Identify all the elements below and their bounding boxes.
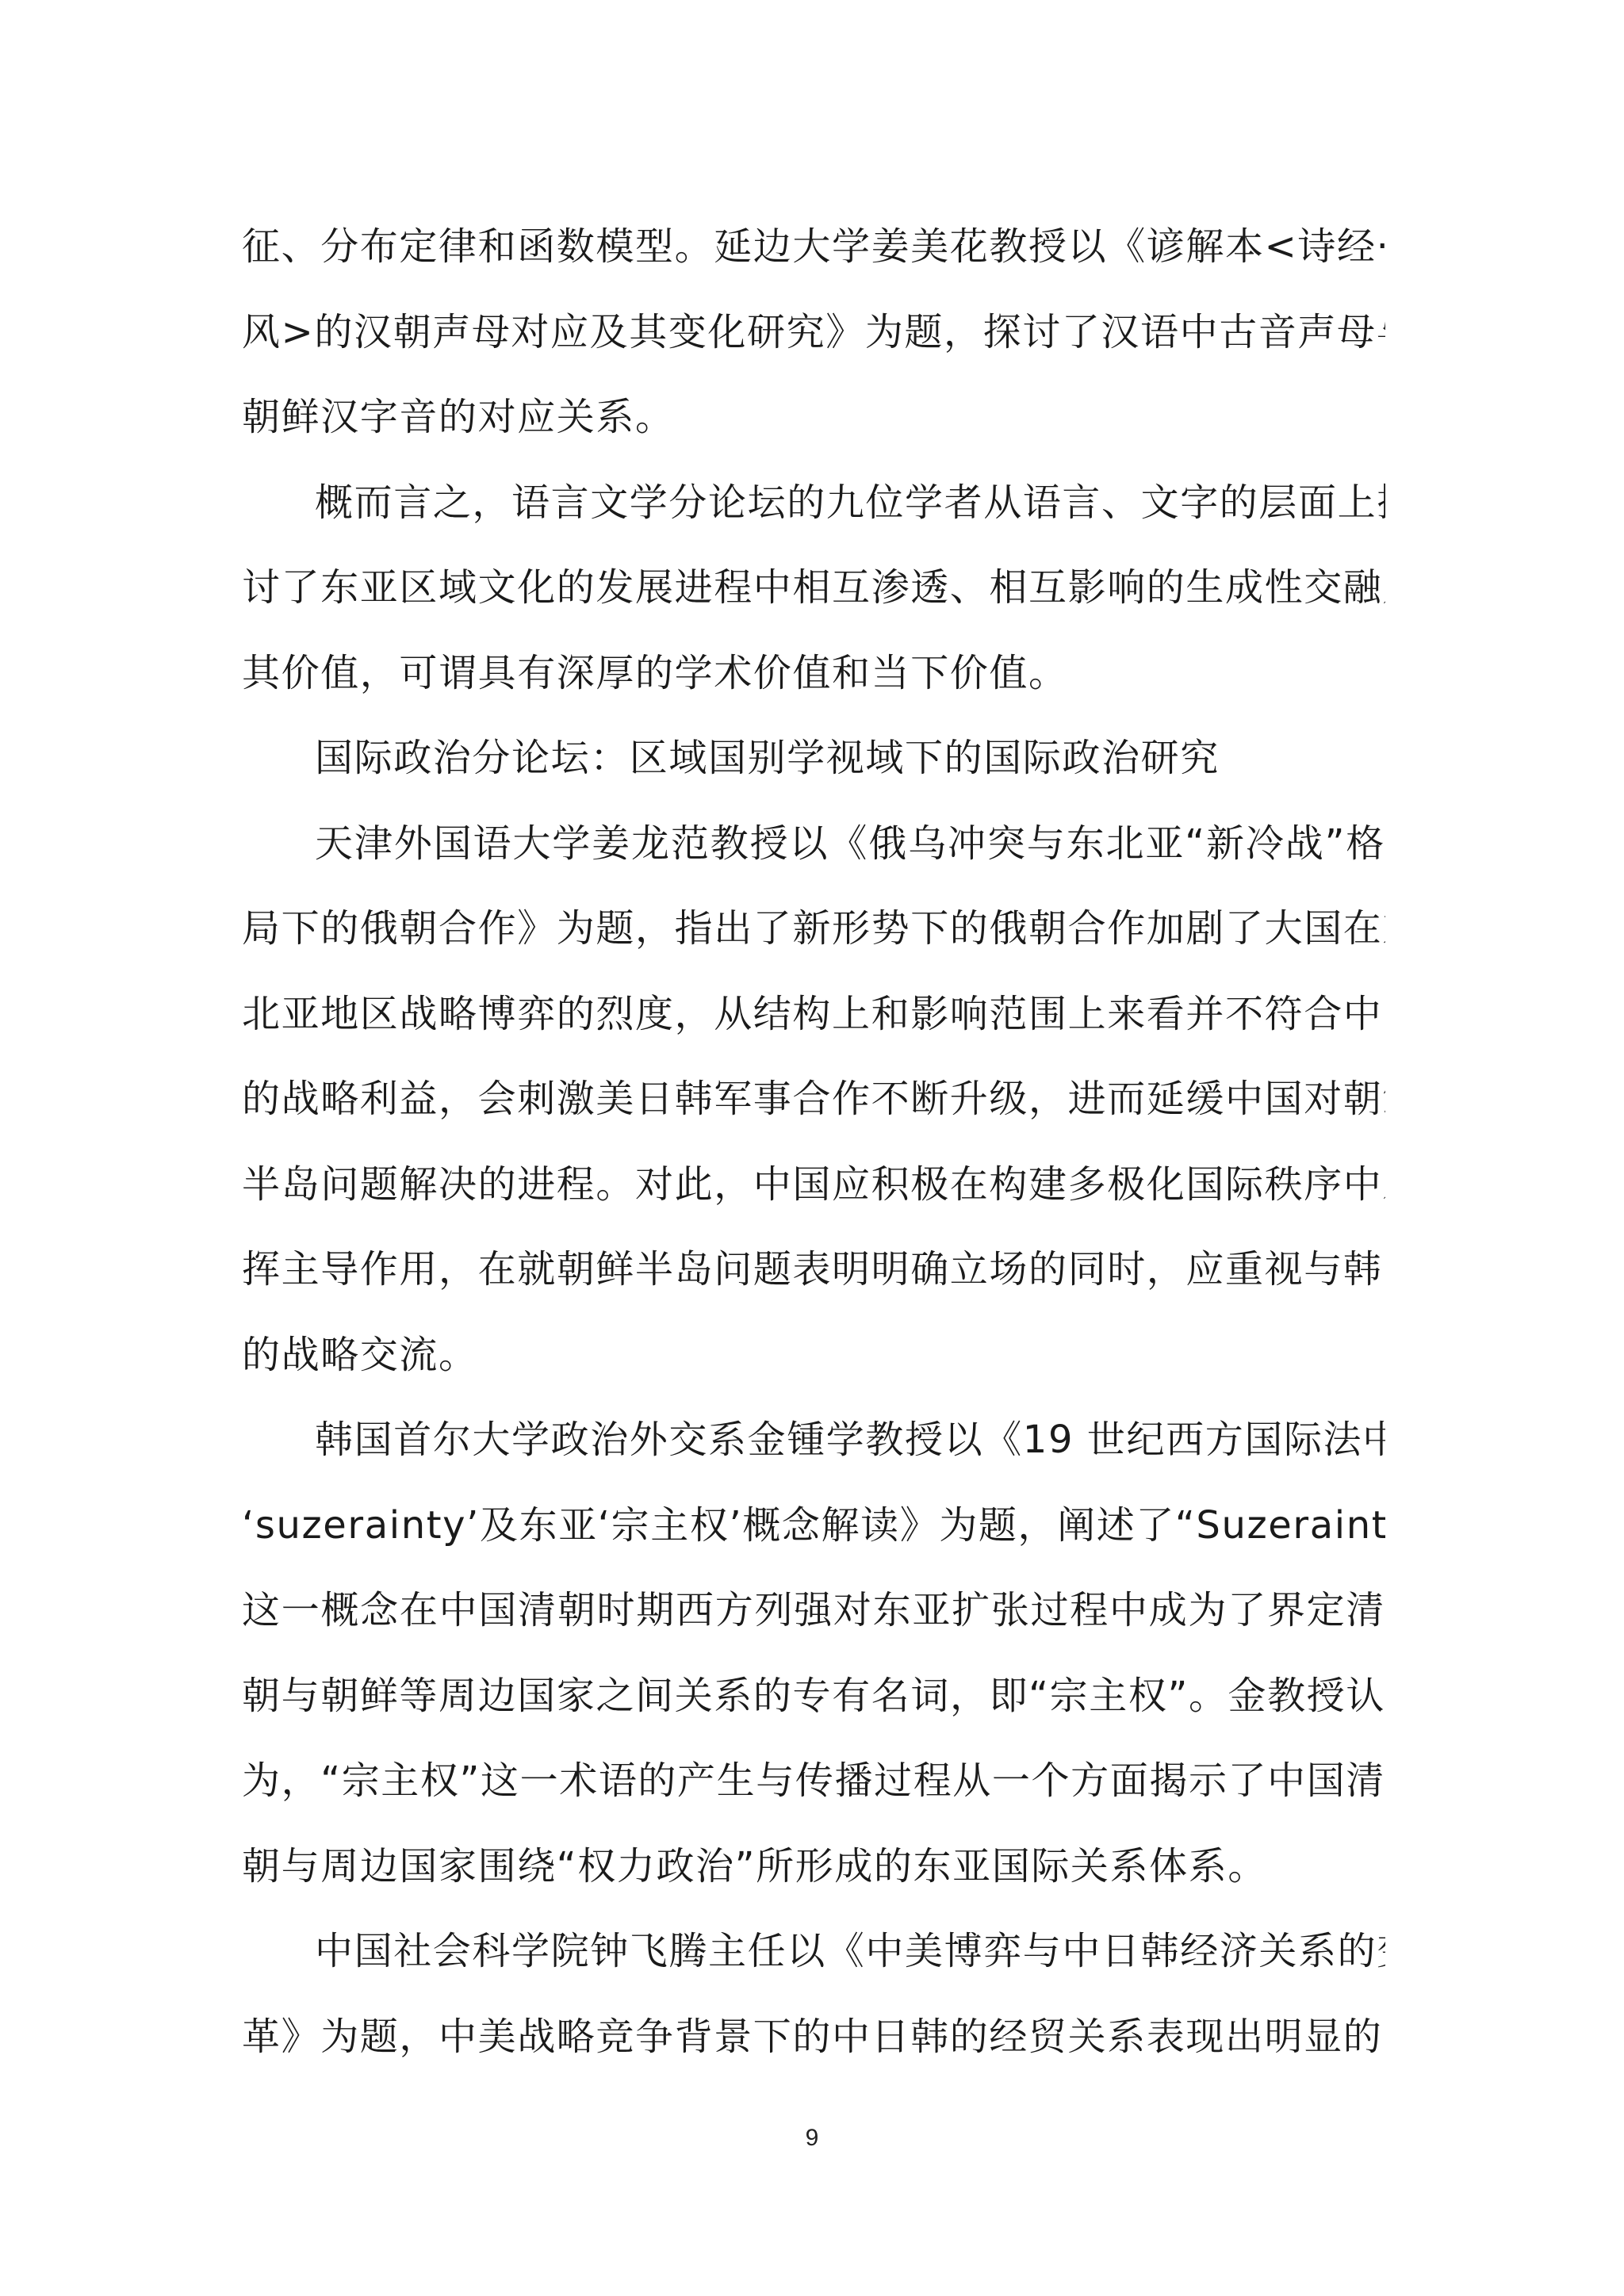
text-line: 朝与朝鲜等周边国家之间关系的专有名词，即“宗主权”。金教授认 — [242, 1654, 1385, 1739]
text-line: 韩国首尔大学政治外交系金锺学教授以《19 世纪西方国际法中的 — [242, 1398, 1385, 1483]
text-line: 朝与周边国家围绕“权力政治”所形成的东亚国际关系体系。 — [242, 1824, 1385, 1910]
text-line: 北亚地区战略博弈的烈度，从结构上和影响范围上来看并不符合中国 — [242, 972, 1385, 1058]
document-page: 征、分布定律和函数模型。延边大学姜美花教授以《谚解本<诗经·国风>的汉朝声母对应… — [0, 0, 1624, 2296]
text-line: 风>的汉朝声母对应及其变化研究》为题，探讨了汉语中古音声母与 — [242, 290, 1385, 376]
text-line: 半岛问题解决的进程。对此，中国应积极在构建多极化国际秩序中发 — [242, 1142, 1385, 1228]
body-text: 征、分布定律和函数模型。延边大学姜美花教授以《谚解本<诗经·国风>的汉朝声母对应… — [242, 205, 1385, 2080]
text-line: 国际政治分论坛：区域国别学视域下的国际政治研究 — [242, 716, 1385, 802]
text-line: 其价值，可谓具有深厚的学术价值和当下价值。 — [242, 631, 1385, 717]
text-line: 挥主导作用，在就朝鲜半岛问题表明明确立场的同时，应重视与韩国 — [242, 1227, 1385, 1313]
page-number: 9 — [0, 2125, 1624, 2152]
text-line: 的战略利益，会刺激美日韩军事合作不断升级，进而延缓中国对朝鲜 — [242, 1057, 1385, 1142]
text-line: 这一概念在中国清朝时期西方列强对东亚扩张过程中成为了界定清 — [242, 1568, 1385, 1654]
text-line: 天津外国语大学姜龙范教授以《俄乌冲突与东北亚“新冷战”格 — [242, 802, 1385, 887]
text-line: 征、分布定律和函数模型。延边大学姜美花教授以《谚解本<诗经·国 — [242, 205, 1385, 290]
text-line: 为，“宗主权”这一术语的产生与传播过程从一个方面揭示了中国清 — [242, 1739, 1385, 1824]
text-line: 中国社会科学院钟飞腾主任以《中美博弈与中日韩经济关系的变 — [242, 1909, 1385, 1995]
text-line: 讨了东亚区域文化的发展进程中相互渗透、相互影响的生成性交融及 — [242, 545, 1385, 631]
text-line: 概而言之，语言文学分论坛的九位学者从语言、文字的层面上探 — [242, 461, 1385, 546]
text-line: 朝鲜汉字音的对应关系。 — [242, 375, 1385, 461]
text-line: 革》为题，中美战略竞争背景下的中日韩的经贸关系表现出明显的“亲 — [242, 1995, 1385, 2080]
text-line: ‘suzerainty’及东亚‘宗主权’概念解读》为题，阐述了“Suzerain… — [242, 1483, 1385, 1569]
text-line: 局下的俄朝合作》为题，指出了新形势下的俄朝合作加剧了大国在东 — [242, 886, 1385, 972]
text-line: 的战略交流。 — [242, 1313, 1385, 1399]
